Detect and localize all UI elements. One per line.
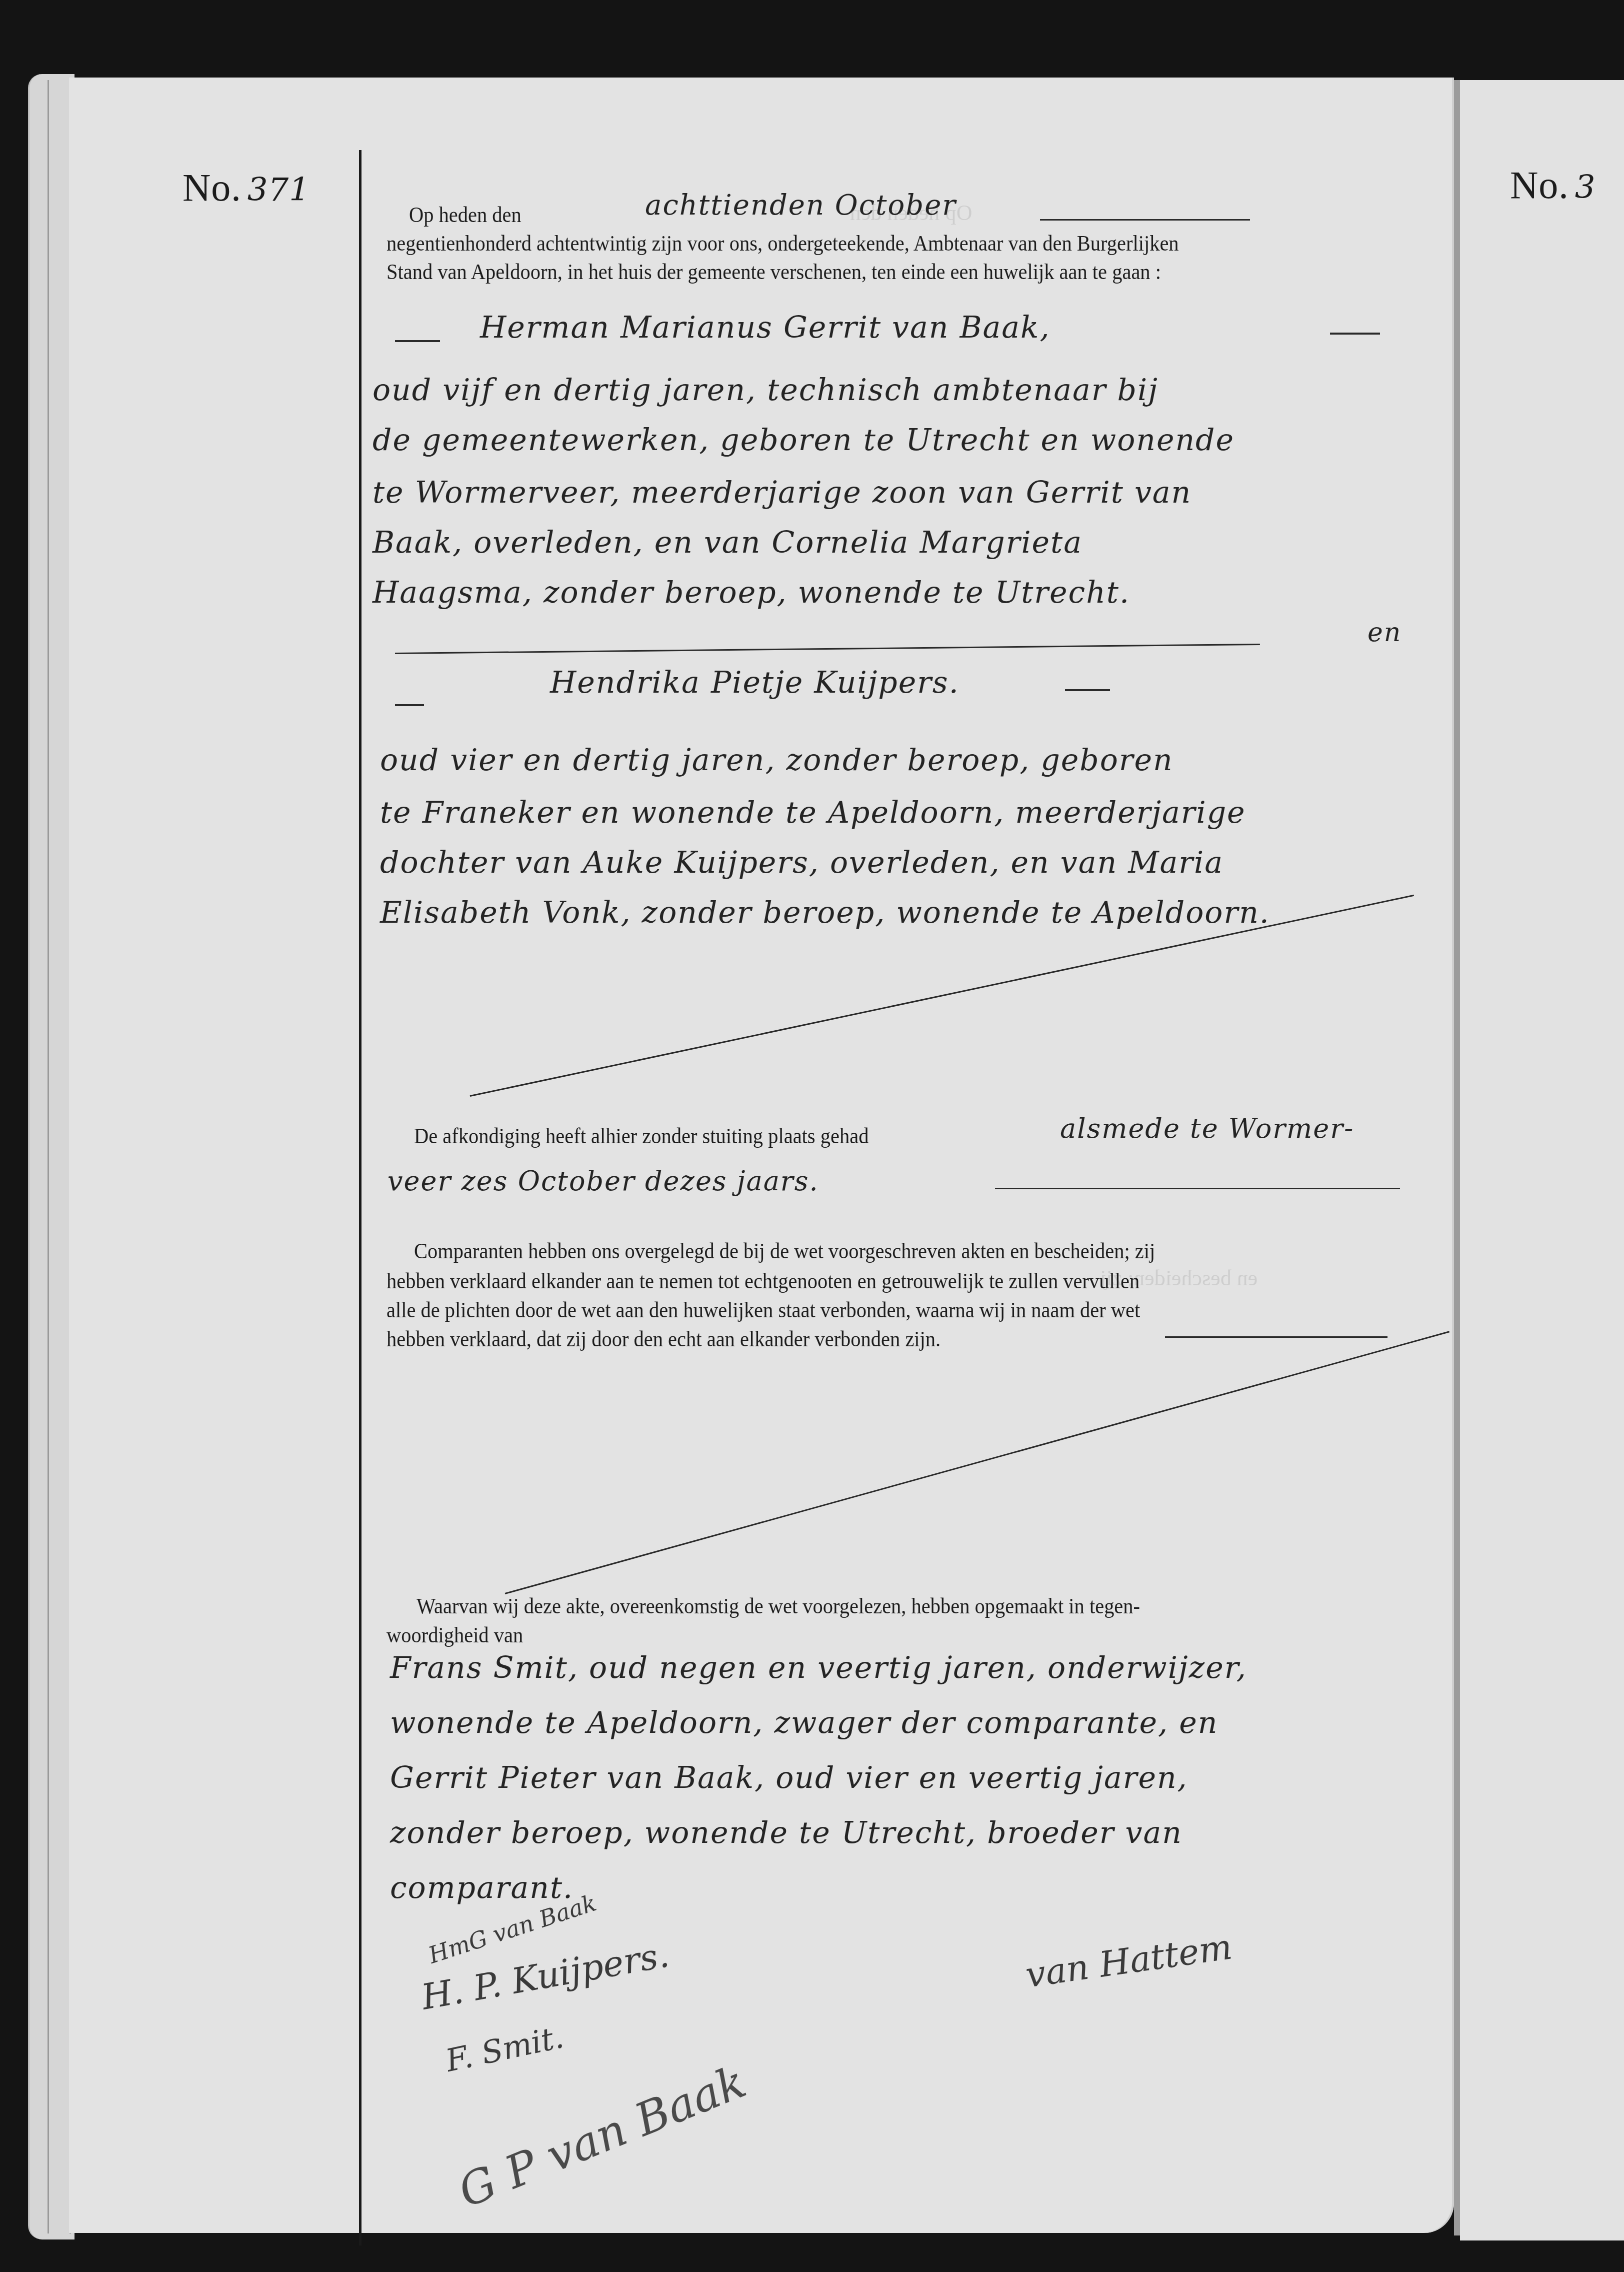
witness-line-3: Gerrit Pieter van Baak, oud vier en veer… bbox=[390, 1760, 1188, 1795]
book-gutter bbox=[1454, 80, 1460, 2235]
bride-name: Hendrika Pietje Kuijpers. bbox=[550, 665, 959, 700]
groom-line-3: te Wormerveer, meerderjarige zoon van Ge… bbox=[372, 475, 1191, 510]
proclamation-handwritten-1: alsmede te Wormer- bbox=[1060, 1113, 1354, 1144]
groom-line-5: Haagsma, zonder beroep, wonende te Utrec… bbox=[372, 575, 1130, 610]
groom-line-1: oud vijf en dertig jaren, technisch ambt… bbox=[372, 373, 1158, 408]
fill-line bbox=[1165, 1336, 1387, 1338]
conjunction-en: en bbox=[1367, 618, 1401, 648]
date-handwritten: achttienden October bbox=[645, 189, 956, 222]
witness-line-5: comparant. bbox=[390, 1870, 573, 1905]
intro-line-3: Stand van Apeldoorn, in het huis der gem… bbox=[386, 256, 1161, 288]
closing-line-2: woordigheid van bbox=[386, 1619, 523, 1651]
comparanten-line-1: Comparanten hebben ons overgelegd de bij… bbox=[414, 1235, 1155, 1267]
bride-line-4: Elisabeth Vonk, zonder beroep, wonende t… bbox=[380, 895, 1270, 930]
right-record-number: No.3 bbox=[1510, 163, 1596, 208]
right-number-label: No. bbox=[1510, 163, 1569, 207]
comparanten-line-2: hebben verklaard elkander aan te nemen t… bbox=[386, 1265, 1139, 1297]
fill-line bbox=[1040, 219, 1250, 221]
intro-printed: Op heden den bbox=[409, 199, 521, 231]
fill-line bbox=[395, 704, 424, 706]
proclamation-printed: De afkondiging heeft alhier zonder stuit… bbox=[414, 1120, 868, 1152]
bride-line-3: dochter van Auke Kuijpers, overleden, en… bbox=[380, 845, 1223, 880]
comparanten-line-4: hebben verklaard, dat zij door den echt … bbox=[386, 1323, 940, 1355]
right-number-value: 3 bbox=[1575, 169, 1596, 206]
fill-line bbox=[1330, 333, 1380, 335]
fill-line bbox=[395, 340, 440, 342]
proclamation-handwritten-2: veer zes October dezes jaars. bbox=[387, 1165, 819, 1197]
witness-line-4: zonder beroep, wonende te Utrecht, broed… bbox=[390, 1815, 1182, 1850]
record-number-label: No. bbox=[182, 166, 241, 209]
fill-line bbox=[1065, 689, 1110, 691]
record-number-value: 371 bbox=[247, 172, 310, 209]
intro-line-2: negentienhonderd achtentwintig zijn voor… bbox=[386, 228, 1179, 260]
bride-line-2: te Franeker en wonende te Apeldoorn, mee… bbox=[380, 795, 1246, 830]
fill-line bbox=[995, 1188, 1400, 1189]
page-stack-edge bbox=[28, 74, 74, 2239]
groom-line-4: Baak, overleden, en van Cornelia Margrie… bbox=[372, 525, 1082, 560]
witness-line-1: Frans Smit, oud negen en veertig jaren, … bbox=[390, 1650, 1247, 1685]
closing-line-1: Waarvan wij deze akte, overeenkomstig de… bbox=[416, 1590, 1140, 1622]
bride-line-1: oud vier en dertig jaren, zonder beroep,… bbox=[380, 743, 1173, 778]
witness-line-2: wonende te Apeldoorn, zwager der compara… bbox=[390, 1705, 1218, 1740]
groom-line-2: de gemeentewerken, geboren te Utrecht en… bbox=[372, 423, 1234, 458]
comparanten-line-3: alle de plichten door de wet aan den huw… bbox=[386, 1294, 1140, 1326]
margin-rule bbox=[359, 150, 361, 2245]
record-number: No.371 bbox=[182, 165, 310, 210]
groom-name: Herman Marianus Gerrit van Baak, bbox=[480, 310, 1050, 345]
register-right-page: No.3 bbox=[1460, 80, 1624, 2240]
